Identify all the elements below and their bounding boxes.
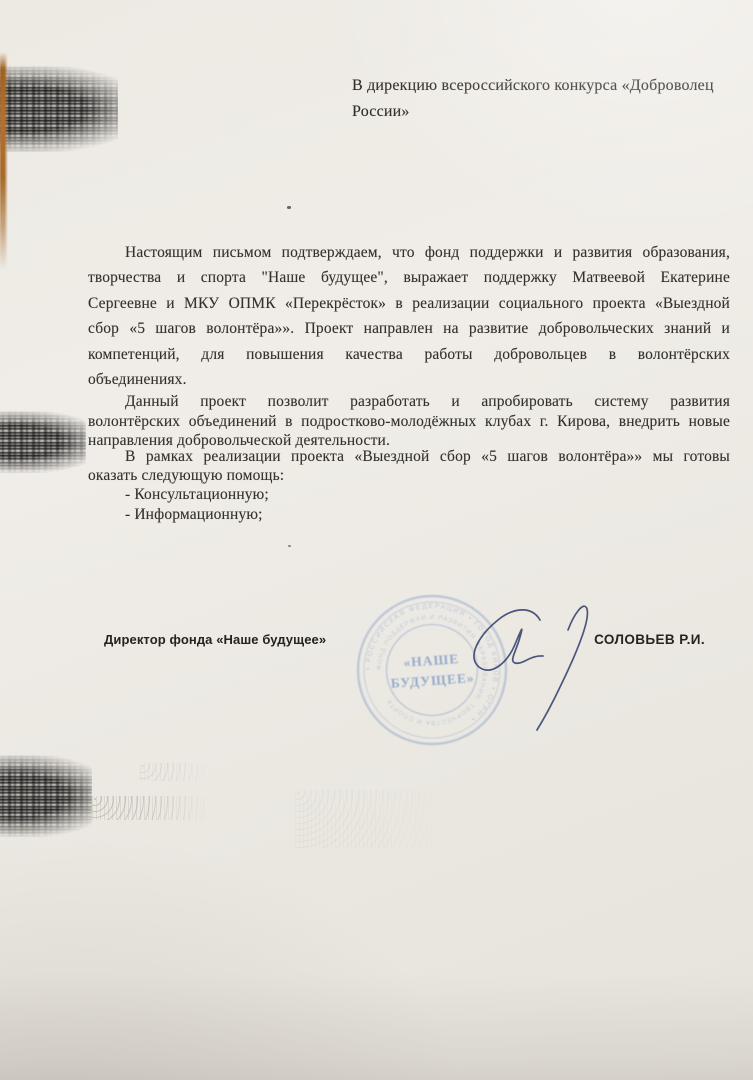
ink-speck: [287, 206, 291, 209]
body-line: творчества и спорта "Наше будущее", выра…: [88, 265, 730, 290]
signature-tail-stroke: [537, 606, 587, 730]
body-line: объединениях.: [88, 367, 730, 392]
body-line: сбор «5 шагов волонтёра»». Проект направ…: [88, 316, 730, 341]
letter-body: Настоящим письмом подтверждаем, что фонд…: [88, 240, 730, 524]
signature-loop-stroke: [474, 610, 543, 670]
scan-edge-artifact: [0, 52, 8, 270]
body-line: - Консультационную;: [88, 485, 730, 504]
signer-name: СОЛОВЬЕВ Р.И.: [594, 632, 705, 647]
scan-speckles: [140, 763, 212, 781]
paragraph: В рамках реализации проекта «Выездной сб…: [88, 447, 730, 525]
scan-artifact-top-left: [0, 66, 118, 152]
body-line: В рамках реализации проекта «Выездной сб…: [88, 447, 730, 466]
scanned-letter-page: В дирекцию всероссийского конкурса «Добр…: [0, 0, 753, 1080]
scan-speckles: [92, 796, 210, 820]
paragraph: Данный проект позволит разработать и апр…: [88, 392, 730, 450]
scan-speckles: [295, 790, 450, 848]
recipient-block: В дирекцию всероссийского конкурса «Добр…: [352, 73, 717, 125]
body-line: Данный проект позволит разработать и апр…: [88, 392, 730, 411]
body-line: компетенций, для повышения качества рабо…: [88, 342, 730, 367]
body-line: волонтёрских объединений в подростково-м…: [88, 412, 730, 431]
ink-speck: [288, 545, 291, 547]
body-line: оказать следующую помощь:: [88, 466, 730, 485]
scan-artifact-left-middle: [0, 411, 86, 473]
scan-artifact-bottom-left: [0, 755, 92, 837]
body-line: - Информационную;: [88, 505, 730, 524]
paragraph: Настоящим письмом подтверждаем, что фонд…: [88, 240, 730, 392]
handwritten-signature: [438, 572, 603, 747]
body-line: Настоящим письмом подтверждаем, что фонд…: [88, 240, 730, 265]
body-line: Сергеевне и МКУ ОПМК «Перекрёсток» в реа…: [88, 291, 730, 316]
recipient-line: России»: [352, 99, 717, 125]
signer-position-title: Директор фонда «Наше будущее»: [104, 632, 326, 647]
recipient-line: В дирекцию всероссийского конкурса «Добр…: [352, 73, 717, 99]
